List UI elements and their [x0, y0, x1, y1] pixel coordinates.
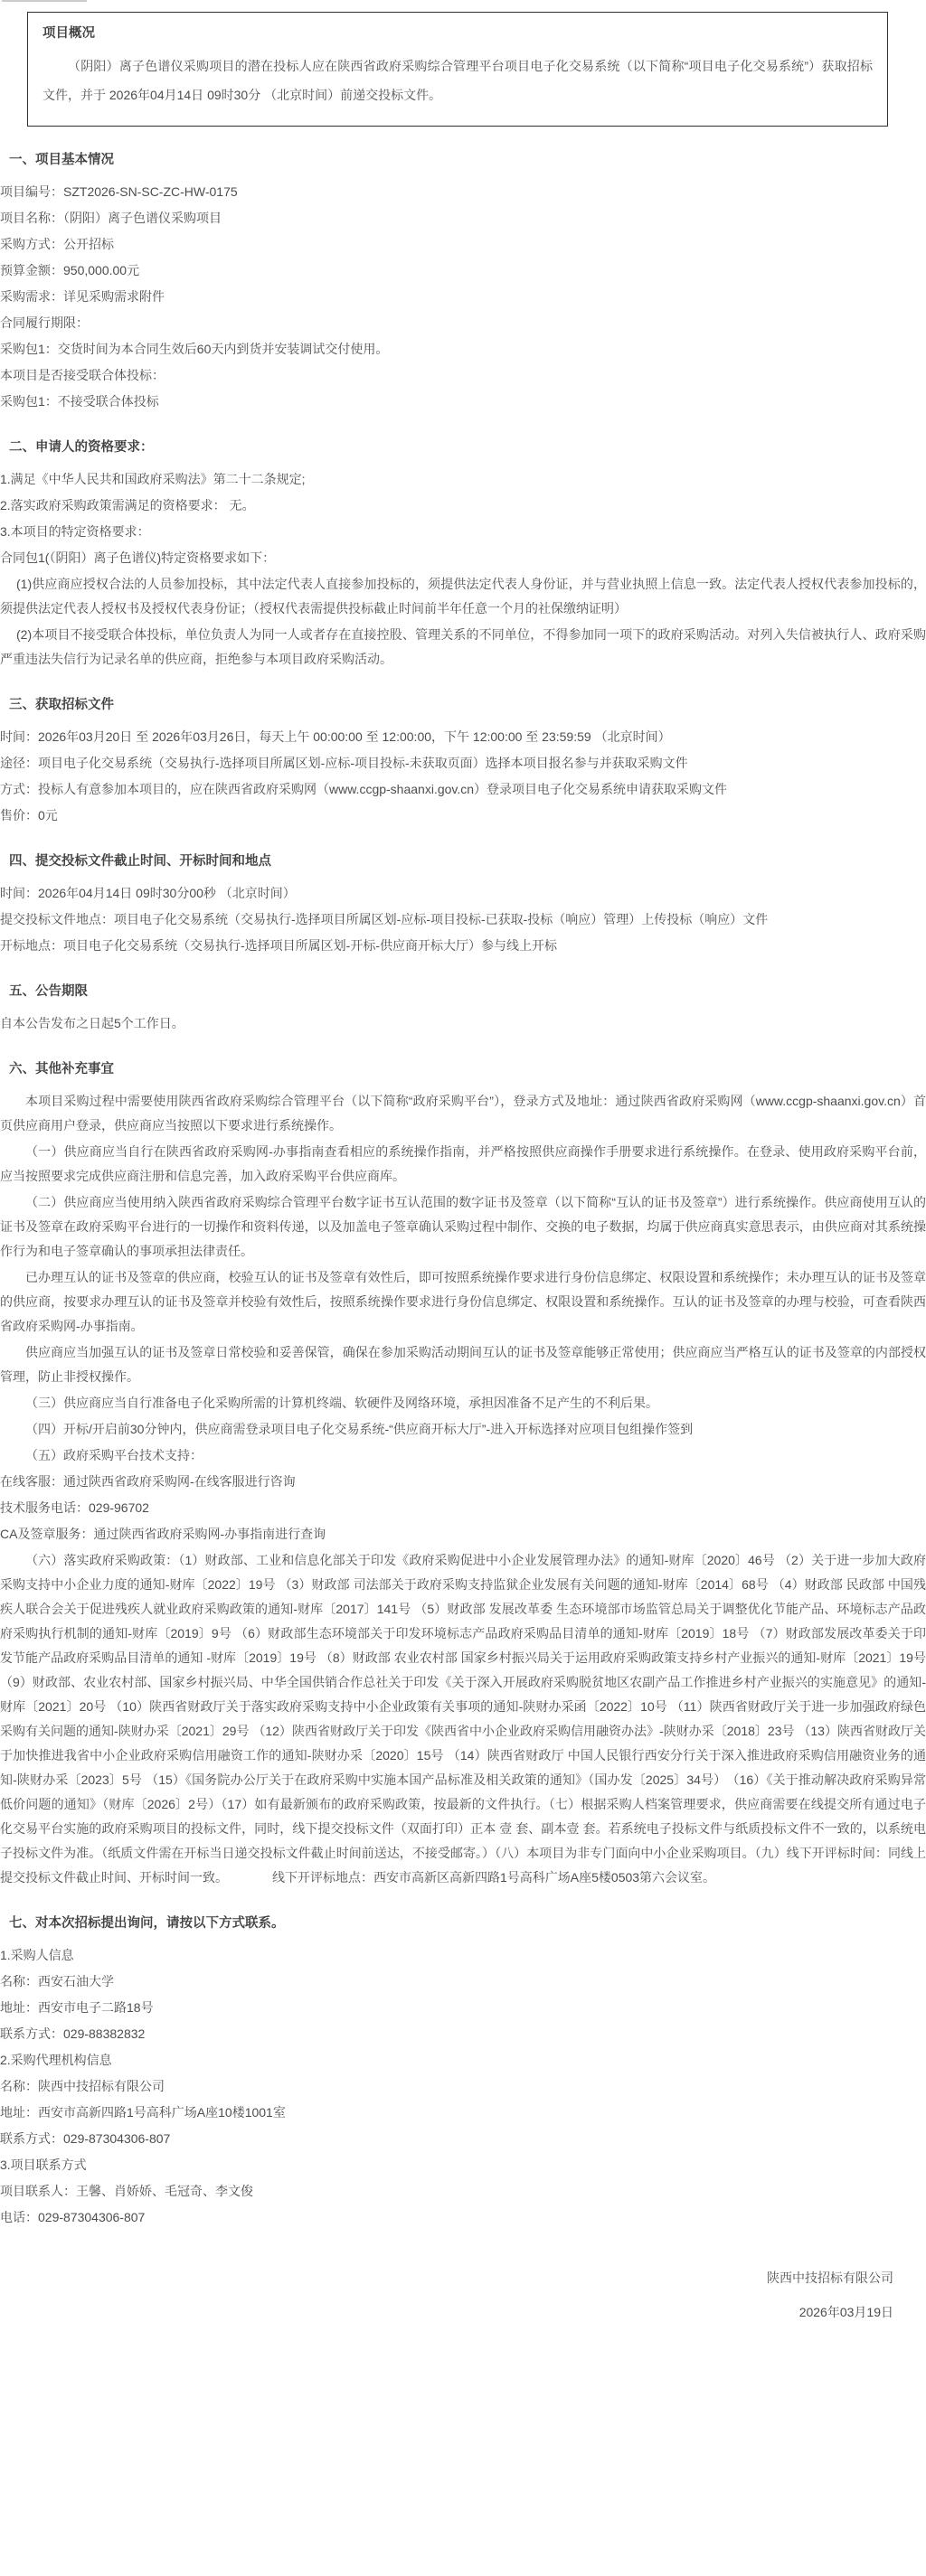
package1-delivery: 采购包1：交货时间为本合同生效后60天内到货并安装调试交付使用。 — [0, 337, 926, 362]
section-heading: 二、申请人的资格要求： — [9, 436, 917, 460]
qualification-3: 3.本项目的特定资格要求： — [0, 520, 926, 544]
section-heading: 一、项目基本情况 — [9, 148, 917, 173]
project-name: 项目名称：（阴阳）离子色谱仪采购项目 — [0, 206, 926, 230]
package1-qualification-item2: (2)本项目不接受联合体投标，单位负责人为同一人或者存在直接控股、管理关系的不同… — [0, 623, 926, 672]
supplement-item-2: （二）供应商应当使用纳入陕西省政府采购综合管理平台数字证书互认范围的数字证书及签… — [0, 1190, 926, 1264]
project-contact-label: 3.项目联系方式 — [0, 2153, 926, 2177]
supplement-item-2b: 已办理互认的证书及签章的供应商，校验互认的证书及签章有效性后，即可按照系统操作要… — [0, 1265, 926, 1339]
section-heading: 四、提交投标文件截止时间、开标时间和地点 — [9, 850, 917, 874]
open-bid-location: 开标地点：项目电子化交易系统（交易执行-选择项目所属区划-开标-供应商开标大厅）… — [0, 934, 926, 958]
purchaser-info-label: 1.采购人信息 — [0, 1943, 926, 1968]
obtain-channel: 途径：项目电子化交易系统（交易执行-选择项目所属区划-应标-项目投标-未获取页面… — [0, 751, 926, 776]
submit-location: 提交投标文件地点：项目电子化交易系统（交易执行-选择项目所属区划-应标-项目投标… — [0, 907, 926, 932]
project-number: 项目编号：SZT2026-SN-SC-ZC-HW-0175 — [0, 180, 926, 204]
announcement-section: 三、获取招标文件时间：2026年03月20日 至 2026年03月26日，每天上… — [0, 693, 926, 828]
supplement-item-5: （五）政府采购平台技术支持： — [0, 1443, 926, 1468]
section-heading: 六、其他补充事宜 — [9, 1058, 917, 1082]
supplement-item-3: （三）供应商应当自行准备电子化采购所需的计算机终端、软硬件及网络环境，承担因准备… — [0, 1391, 926, 1415]
section-heading: 五、公告期限 — [9, 980, 917, 1004]
purchaser-name: 名称：西安石油大学 — [0, 1970, 926, 1994]
obtain-time: 时间：2026年03月20日 至 2026年03月26日，每天上午 00:00:… — [0, 725, 926, 749]
footer-company: 陕西中技招标有限公司 — [0, 2261, 893, 2295]
ca-signature-service: CA及签章服务：通过陕西省政府采购网-办事指南进行查询 — [0, 1522, 926, 1547]
procurement-method: 采购方式：公开招标 — [0, 232, 926, 257]
document-price: 售价：0元 — [0, 804, 926, 828]
budget-amount: 预算金额：950,000.00元 — [0, 259, 926, 283]
footer-date: 2026年03月19日 — [0, 2295, 893, 2329]
contract-period-label: 合同履行期限： — [0, 311, 926, 335]
announcement-section: 一、项目基本情况项目编号：SZT2026-SN-SC-ZC-HW-0175项目名… — [0, 148, 926, 414]
online-service: 在线客服：通过陕西省政府采购网-在线客服进行咨询 — [0, 1470, 926, 1494]
supplement-item-6-policies: （六）落实政府采购政策：（1）财政部、工业和信息化部关于印发《政府采购促进中小企… — [0, 1548, 926, 1890]
announcement-footer: 陕西中技招标有限公司 2026年03月19日 — [0, 2261, 926, 2329]
agency-name: 名称：陕西中技招标有限公司 — [0, 2074, 926, 2099]
announcement-section: 七、对本次招标提出询问，请按以下方式联系。1.采购人信息名称：西安石油大学地址：… — [0, 1912, 926, 2230]
project-overview-body: （阴阳）离子色谱仪采购项目的潜在投标人应在陕西省政府采购综合管理平台项目电子化交… — [43, 52, 873, 109]
procurement-requirement: 采购需求：详见采购需求附件 — [0, 285, 926, 309]
announcement-sections: 一、项目基本情况项目编号：SZT2026-SN-SC-ZC-HW-0175项目名… — [0, 148, 926, 2230]
announcement-page: 项目概况 （阴阳）离子色谱仪采购项目的潜在投标人应在陕西省政府采购综合管理平台项… — [0, 0, 926, 2576]
clipped-top-element — [2, 0, 87, 2]
project-overview-title: 项目概况 — [43, 23, 873, 44]
announcement-period: 自本公告发布之日起5个工作日。 — [0, 1011, 926, 1036]
project-contact-phone: 电话：029-87304306-807 — [0, 2205, 926, 2230]
package1-qualification-label: 合同包1(（阴阳）离子色谱仪)特定资格要求如下： — [0, 546, 926, 570]
project-contact-persons: 项目联系人：王馨、肖娇娇、毛冠奇、李文俊 — [0, 2179, 926, 2204]
purchaser-contact: 联系方式：029-88382832 — [0, 2022, 926, 2046]
tech-service-phone: 技术服务电话：029-96702 — [0, 1496, 926, 1520]
announcement-section: 五、公告期限自本公告发布之日起5个工作日。 — [0, 980, 926, 1036]
purchaser-address: 地址：西安市电子二路18号 — [0, 1996, 926, 2020]
announcement-section: 四、提交投标文件截止时间、开标时间和地点时间：2026年04月14日 09时30… — [0, 850, 926, 958]
section-heading: 三、获取招标文件 — [9, 693, 917, 718]
qualification-1: 1.满足《中华人民共和国政府采购法》第二十二条规定; — [0, 467, 926, 492]
package1-qualification-item1: (1)供应商应授权合法的人员参加投标，其中法定代表人直接参加投标的，须提供法定代… — [0, 572, 926, 621]
joint-bid-label: 本项目是否接受联合体投标： — [0, 363, 926, 388]
supplement-item-1: （一）供应商应当自行在陕西省政府采购网-办事指南查看相应的系统操作指南，并严格按… — [0, 1140, 926, 1189]
project-overview-box: 项目概况 （阴阳）离子色谱仪采购项目的潜在投标人应在陕西省政府采购综合管理平台项… — [27, 12, 888, 127]
supplement-item-2c: 供应商应当加强互认的证书及签章日常校验和妥善保管，确保在参加采购活动期间互认的证… — [0, 1340, 926, 1389]
supplement-platform: 本项目采购过程中需要使用陕西省政府采购综合管理平台（以下简称“政府采购平台”），… — [0, 1089, 926, 1138]
deadline-time: 时间：2026年04月14日 09时30分00秒 （北京时间） — [0, 881, 926, 906]
package1-joint-bid: 采购包1：不接受联合体投标 — [0, 390, 926, 414]
section-heading: 七、对本次招标提出询问，请按以下方式联系。 — [9, 1912, 917, 1936]
agency-contact: 联系方式：029-87304306-807 — [0, 2127, 926, 2151]
announcement-section: 六、其他补充事宜本项目采购过程中需要使用陕西省政府采购综合管理平台（以下简称“政… — [0, 1058, 926, 1890]
supplement-item-4: （四）开标/开启前30分钟内，供应商需登录项目电子化交易系统-“供应商开标大厅”… — [0, 1417, 926, 1442]
agency-info-label: 2.采购代理机构信息 — [0, 2048, 926, 2073]
agency-address: 地址：西安市高新四路1号高科广场A座10楼1001室 — [0, 2101, 926, 2125]
qualification-2: 2.落实政府采购政策需满足的资格要求： 无。 — [0, 494, 926, 518]
announcement-section: 二、申请人的资格要求：1.满足《中华人民共和国政府采购法》第二十二条规定;2.落… — [0, 436, 926, 672]
obtain-method: 方式：投标人有意参加本项目的，应在陕西省政府采购网（www.ccgp-shaan… — [0, 777, 926, 802]
